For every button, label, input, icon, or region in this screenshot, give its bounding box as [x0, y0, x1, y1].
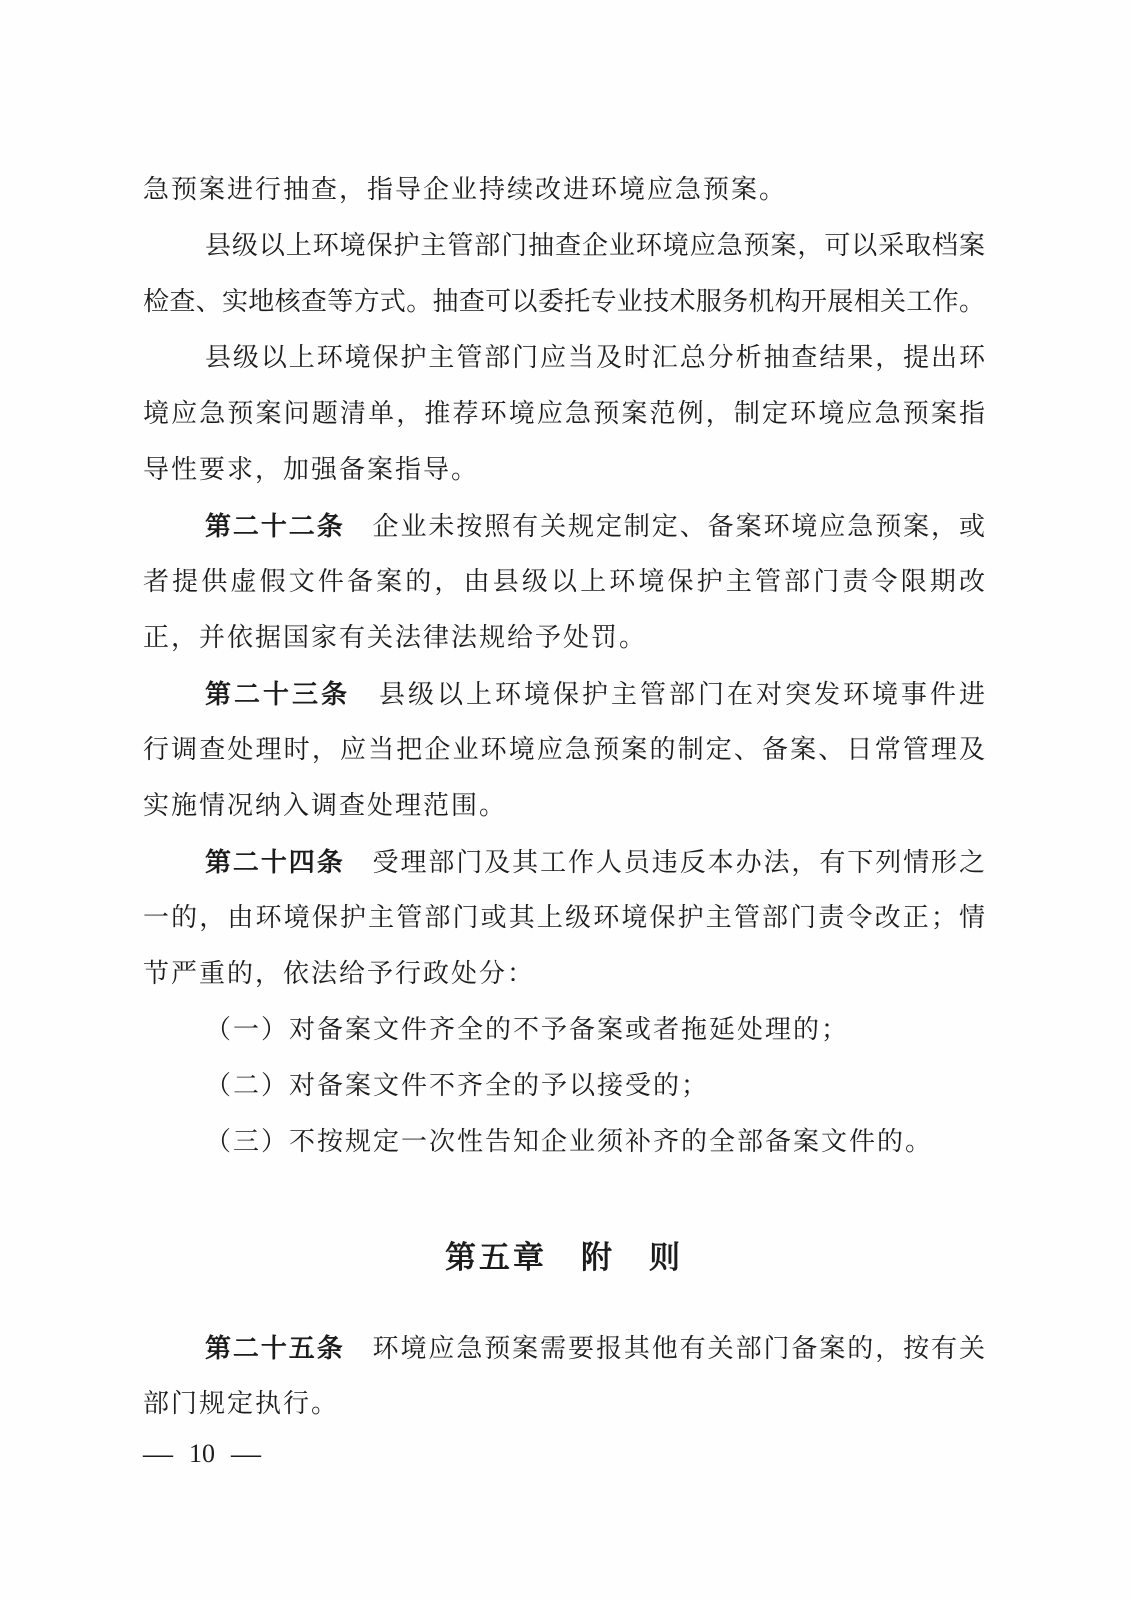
paragraph-line: 县级以上环境保护主管部门抽查企业环境应急预案，可以采取档案 — [143, 218, 985, 274]
paragraph-line: 正，并依据国家有关法律法规给予处罚。 — [143, 610, 985, 666]
paragraph-line: 检查、实地核查等方式。抽查可以委托专业技术服务机构开展相关工作。 — [143, 274, 985, 330]
paragraph-line: 者提供虚假文件备案的，由县级以上环境保护主管部门责令限期改 — [143, 554, 985, 610]
footer-dash-right: — — [231, 1435, 261, 1473]
paragraph-line: 境应急预案问题清单，推荐环境应急预案范例，制定环境应急预案指 — [143, 386, 985, 442]
paragraph-line-article-23: 第二十三条 县级以上环境保护主管部门在对突发环境事件进 — [143, 666, 985, 722]
line-text: 县级以上环境保护主管部门在对突发环境事件进 — [350, 680, 985, 709]
line-text: 部门规定执行。 — [143, 1389, 339, 1418]
footer-dash-left: — — [143, 1435, 173, 1473]
page-footer: — 10 — — [143, 1434, 985, 1474]
line-text: 者提供虚假文件备案的，由县级以上环境保护主管部门责令限期改 — [143, 567, 985, 596]
paragraph-line: 部门规定执行。 — [143, 1376, 985, 1432]
list-item-1: （一）对备案文件齐全的不予备案或者拖延处理的； — [143, 1002, 985, 1058]
paragraph-line: 县级以上环境保护主管部门应当及时汇总分析抽查结果，提出环 — [143, 330, 985, 386]
line-text: 节严重的，依法给予行政处分： — [143, 959, 535, 988]
line-text: 检查、实地核查等方式。抽查可以委托专业技术服务机构开展相关工作。 — [143, 287, 985, 316]
line-text: 实施情况纳入调查处理范围。 — [143, 791, 507, 820]
article-number: 第二十四条 — [205, 847, 345, 877]
page-number: 10 — [189, 1435, 215, 1473]
line-text: 境应急预案问题清单，推荐环境应急预案范例，制定环境应急预案指 — [143, 399, 985, 428]
article-number: 第二十三条 — [205, 679, 350, 709]
article-number: 第二十五条 — [205, 1333, 345, 1363]
line-text: 导性要求，加强备案指导。 — [143, 455, 479, 484]
paragraph-line: 一的，由环境保护主管部门或其上级环境保护主管部门责令改正；情 — [143, 890, 985, 946]
line-text: 行调查处理时，应当把企业环境应急预案的制定、备案、日常管理及 — [143, 735, 985, 764]
list-item-3: （三）不按规定一次性告知企业须补齐的全部备案文件的。 — [143, 1114, 985, 1170]
paragraph-line-article-22: 第二十二条 企业未按照有关规定制定、备案环境应急预案，或 — [143, 498, 985, 554]
paragraph-line-article-24: 第二十四条 受理部门及其工作人员违反本办法，有下列情形之 — [143, 834, 985, 890]
document-page: 急预案进行抽查，指导企业持续改进环境应急预案。 县级以上环境保护主管部门抽查企业… — [0, 0, 1131, 1600]
paragraph-line-article-25: 第二十五条 环境应急预案需要报其他有关部门备案的，按有关 — [143, 1320, 985, 1376]
line-text: 环境应急预案需要报其他有关部门备案的，按有关 — [345, 1334, 985, 1363]
line-text: 一的，由环境保护主管部门或其上级环境保护主管部门责令改正；情 — [143, 903, 985, 932]
paragraph-line: 节严重的，依法给予行政处分： — [143, 946, 985, 1002]
line-text: （三）不按规定一次性告知企业须补齐的全部备案文件的。 — [205, 1127, 933, 1156]
paragraph-line: 导性要求，加强备案指导。 — [143, 442, 985, 498]
list-item-2: （二）对备案文件不齐全的予以接受的； — [143, 1058, 985, 1114]
article-number: 第二十二条 — [205, 511, 345, 541]
line-text: 企业未按照有关规定制定、备案环境应急预案，或 — [345, 512, 985, 541]
line-text: 县级以上环境保护主管部门应当及时汇总分析抽查结果，提出环 — [205, 343, 985, 372]
line-text: （二）对备案文件不齐全的予以接受的； — [205, 1071, 709, 1100]
line-text: （一）对备案文件齐全的不予备案或者拖延处理的； — [205, 1015, 849, 1044]
line-text: 县级以上环境保护主管部门抽查企业环境应急预案，可以采取档案 — [205, 231, 985, 260]
paragraph-line: 实施情况纳入调查处理范围。 — [143, 778, 985, 834]
paragraph-line: 行调查处理时，应当把企业环境应急预案的制定、备案、日常管理及 — [143, 722, 985, 778]
line-text: 受理部门及其工作人员违反本办法，有下列情形之 — [345, 848, 985, 877]
paragraph-line: 急预案进行抽查，指导企业持续改进环境应急预案。 — [143, 162, 985, 218]
chapter-heading: 第五章 附 则 — [143, 1230, 985, 1286]
line-text: 急预案进行抽查，指导企业持续改进环境应急预案。 — [143, 175, 787, 204]
line-text: 正，并依据国家有关法律法规给予处罚。 — [143, 623, 647, 652]
